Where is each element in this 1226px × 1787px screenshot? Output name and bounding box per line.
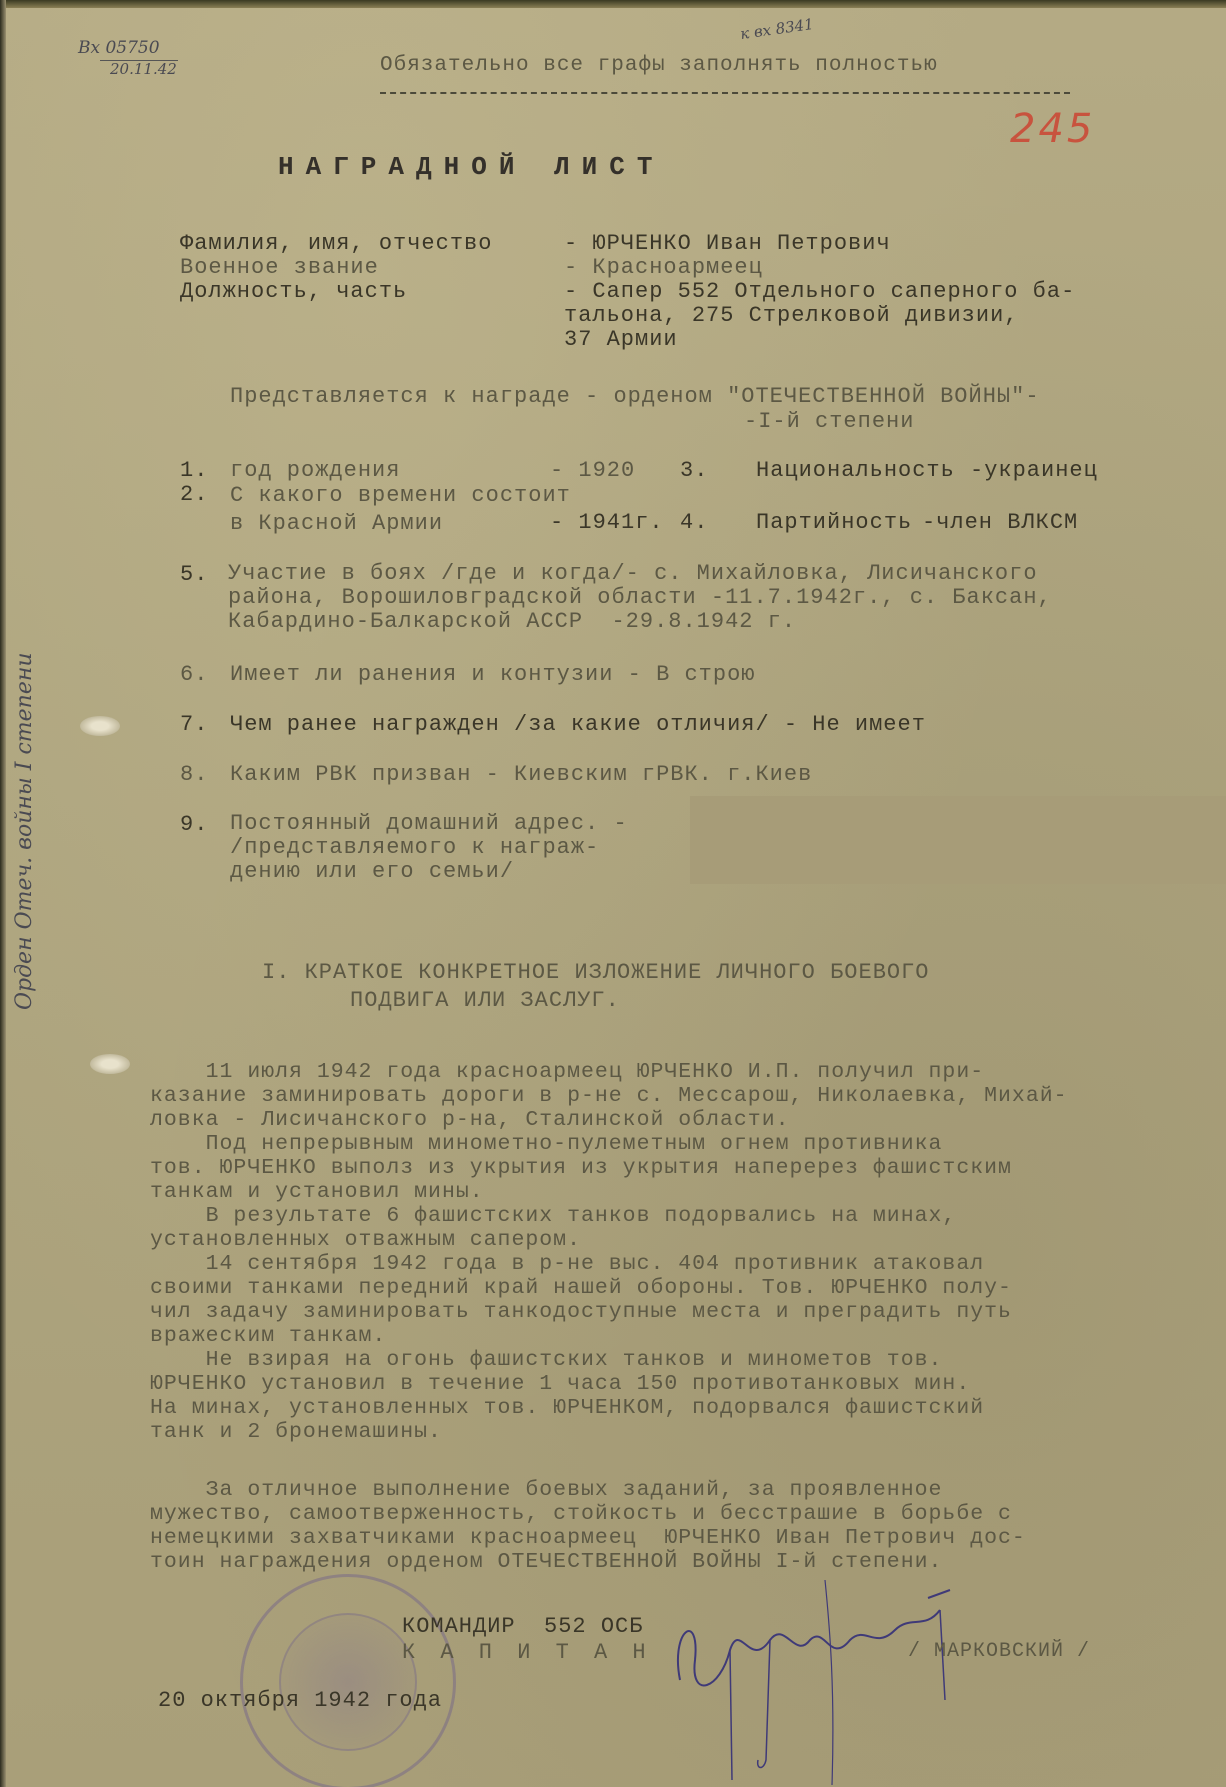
incoming-reg-number: Вх 05750 (78, 38, 160, 58)
field-value-position: - Сапер 552 Отдельного саперного ба- тал… (564, 280, 1075, 352)
feat-description: 11 июля 1942 года красноармеец ЮРЧЕНКО И… (150, 1060, 1068, 1444)
feat-heading: I. КРАТКОЕ КОНКРЕТНОЕ ИЗЛОЖЕНИЕ ЛИЧНОГО … (262, 960, 930, 985)
feat-heading-cont: ПОДВИГА ИЛИ ЗАСЛУГ. (350, 988, 620, 1013)
signatory-position: КОМАНДИР 552 ОСБ (402, 1614, 643, 1639)
field-label-fullname: Фамилия, имя, отчество (180, 232, 492, 256)
q8-text: Каким РВК призван - Киевским гРВК. г.Кие… (230, 762, 812, 787)
q2-value: - 1941г. (550, 510, 664, 535)
q7-text: Чем ранее награжден /за какие отличия/ -… (230, 712, 926, 737)
field-label-rank: Военное звание (180, 256, 379, 280)
page-left-edge (0, 0, 6, 1787)
page-top-edge (0, 0, 1226, 8)
stamp-emblem (279, 1613, 417, 1751)
q9-text: Постоянный домашний адрес. - /представля… (230, 812, 628, 884)
q7-number: 7. (180, 712, 208, 737)
signatory-rank: К А П И Т А Н (402, 1640, 652, 1665)
feat-conclusion: За отличное выполнение боевых заданий, з… (150, 1478, 1026, 1574)
q6-text: Имеет ли ранения и контузии - В строю (230, 662, 755, 687)
reference-note: к вх 8341 (739, 15, 815, 43)
q2-label: С какого времени состоит в Красной Армии (230, 482, 571, 538)
q1-label: год рождения (230, 458, 400, 483)
instruction-underline (380, 92, 1070, 94)
award-sheet-page: Вх 05750 20.11.42 к вх 8341 Обязательно … (0, 0, 1226, 1787)
page-number: 245 (1010, 106, 1095, 152)
handwritten-signature (660, 1570, 1000, 1787)
signature-date: 20 октября 1942 года (158, 1688, 442, 1713)
q4-number: 4. (680, 510, 708, 535)
q3-number: 3. (680, 458, 708, 483)
field-value-rank: - Красноармеец (564, 256, 763, 280)
q3-label: Национальность (756, 458, 955, 483)
margin-annotation: Орден Отеч. войны I степени (12, 652, 37, 1010)
q4-value: -член ВЛКСМ (922, 510, 1078, 535)
q8-number: 8. (180, 762, 208, 787)
unit-stamp (240, 1574, 456, 1787)
instruction-line: Обязательно все графы заполнять полность… (380, 54, 938, 77)
punch-hole (80, 716, 120, 736)
q4-label: Партийность (756, 510, 912, 535)
q1-number: 1. (180, 458, 208, 483)
q5-number: 5. (180, 562, 208, 587)
signatory-name: / МАРКОВСКИЙ / (908, 1640, 1090, 1663)
q1-value: - 1920 (550, 458, 635, 483)
field-label-position: Должность, часть (180, 280, 407, 304)
q5-text: Участие в боях /где и когда/- с. Михайло… (228, 562, 1052, 634)
nomination-degree: -I-й степени (744, 409, 914, 434)
redacted-address (690, 796, 1226, 884)
punch-hole (90, 1054, 130, 1074)
q9-number: 9. (180, 812, 208, 837)
q3-value: -украинец (970, 458, 1098, 483)
nomination-line: Представляется к награде - орденом "ОТЕЧ… (230, 384, 1040, 409)
q2-number: 2. (180, 482, 208, 507)
q6-number: 6. (180, 662, 208, 687)
incoming-reg-date: 20.11.42 (110, 60, 177, 78)
field-value-fullname: - ЮРЧЕНКО Иван Петрович (564, 232, 891, 256)
document-title: НАГРАДНОЙ ЛИСТ (278, 152, 664, 182)
